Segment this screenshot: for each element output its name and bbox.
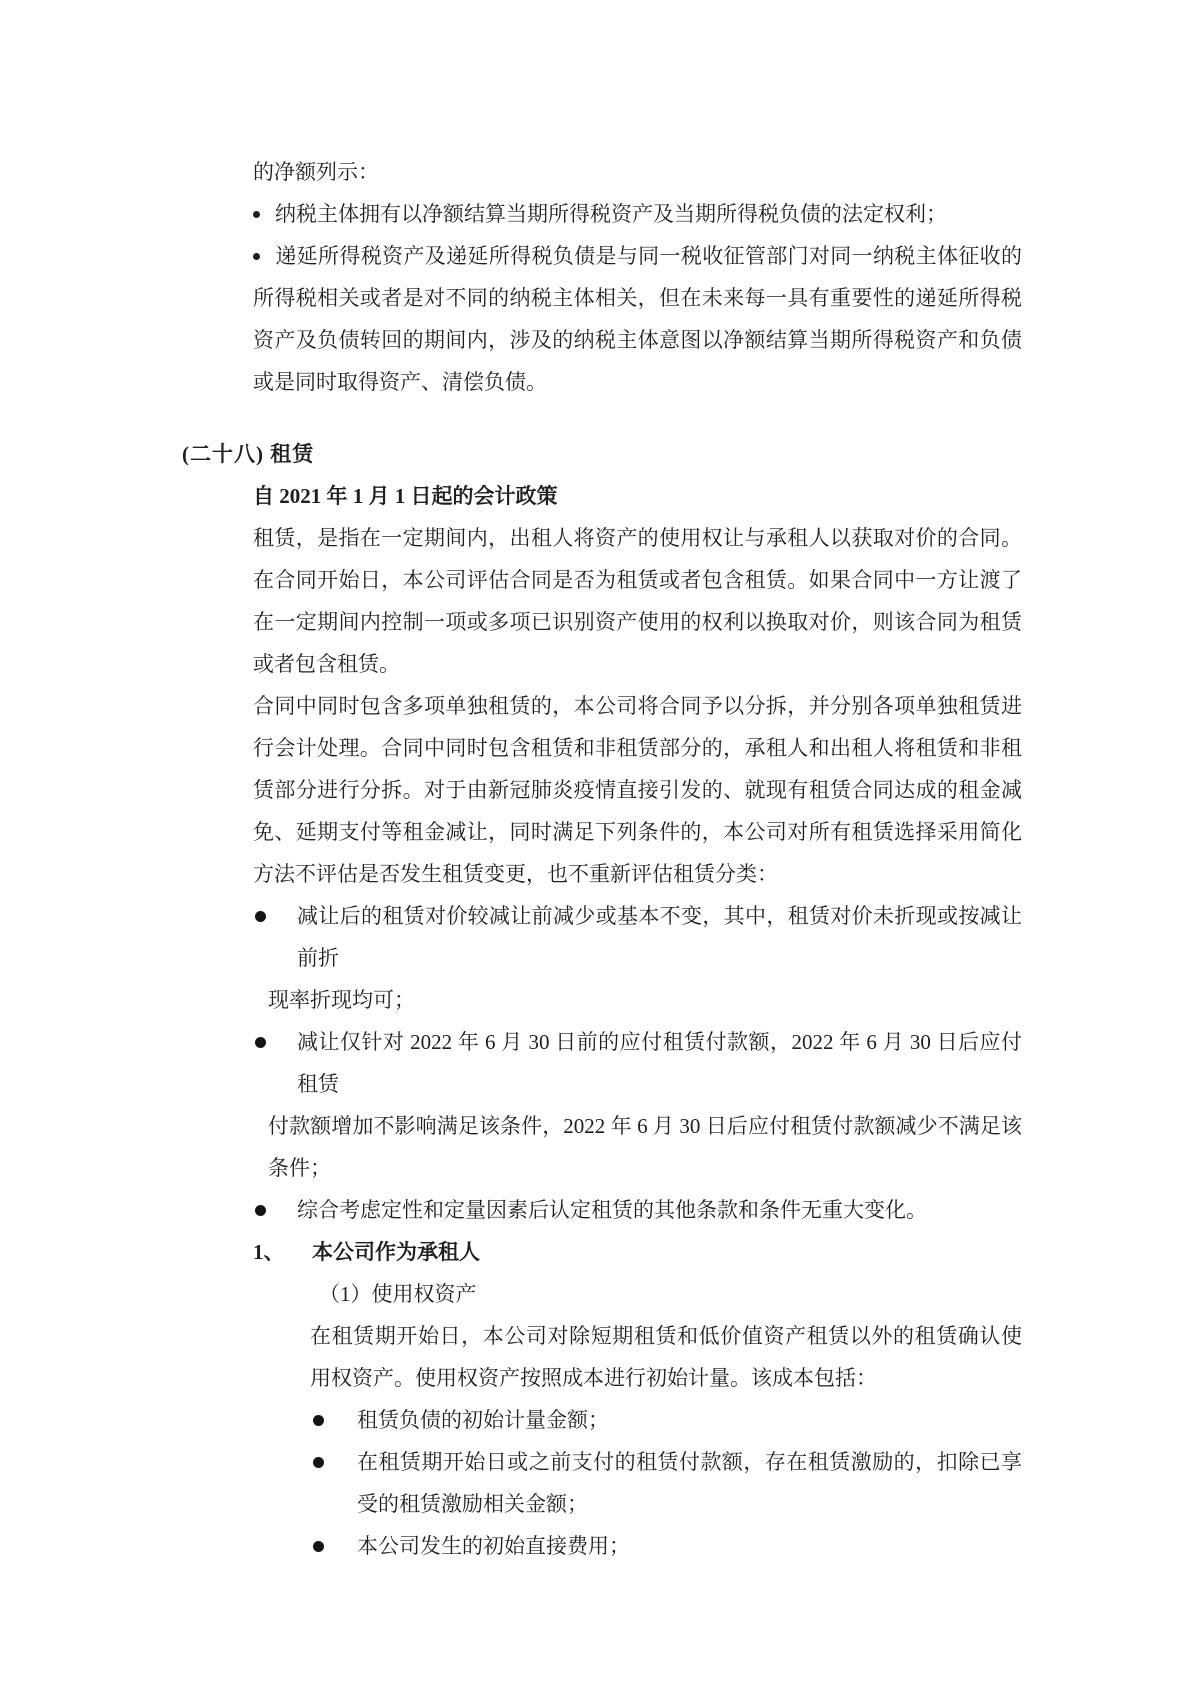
paragraph-lease-split: 合同中同时包含多项单独租赁的，本公司将合同予以分拆，并分别各项单独租赁进行会计处… (253, 685, 1022, 895)
condition-continuation: 付款额增加不影响满足该条件，2022 年 6 月 30 日后应付租赁付款额减少不… (268, 1105, 1022, 1189)
bullet-icon (253, 253, 260, 260)
policy-heading: 自 2021 年 1 月 1 日起的会计政策 (253, 475, 1022, 517)
cost-item-text: 在租赁期开始日或之前支付的租赁付款额，存在租赁激励的，扣除已享受的租赁激励相关金… (357, 1450, 1022, 1516)
cost-list-item: 租赁负债的初始计量金额； (313, 1399, 1022, 1441)
paragraph-right-of-use-asset: 在租赁期开始日，本公司对除短期租赁和低价值资产租赁以外的租赁确认使用权资产。使用… (310, 1315, 1022, 1399)
intro-lead-paragraph: 的净额列示： (253, 151, 1022, 193)
document-page: 的净额列示： 纳税主体拥有以净额结算当期所得税资产及当期所得税负债的法定权利； … (0, 0, 1200, 1696)
paragraph-lease-definition: 租赁，是指在一定期间内，出租人将资产的使用权让与承租人以获取对价的合同。在合同开… (253, 517, 1022, 685)
bullet-icon (313, 1415, 324, 1426)
bullet-icon (255, 911, 266, 922)
condition-text: 减让仅针对 2022 年 6 月 30 日前的应付租赁付款额，2022 年 6 … (297, 1030, 1022, 1096)
condition-text: 减让后的租赁对价较减让前减少或基本不变，其中，租赁对价未折现或按减让前折 (297, 904, 1022, 970)
heading-text: 本公司作为承租人 (312, 1240, 480, 1264)
heading-number: 1、 (253, 1231, 312, 1273)
bullet-icon (255, 1205, 266, 1216)
bullet-icon (255, 1037, 266, 1048)
condition-list-item: 综合考虑定性和定量因素后认定租赁的其他条款和条件无重大变化。 (253, 1189, 1022, 1231)
bullet-icon (313, 1457, 324, 1468)
cost-list-item: 在租赁期开始日或之前支付的租赁付款额，存在租赁激励的，扣除已享受的租赁激励相关金… (313, 1441, 1022, 1525)
cost-item-text: 本公司发生的初始直接费用； (357, 1534, 630, 1558)
bullet-icon (253, 211, 260, 218)
condition-continuation: 现率折现均可； (268, 979, 1022, 1021)
condition-list-item: 减让后的租赁对价较减让前减少或基本不变，其中，租赁对价未折现或按减让前折 (253, 895, 1022, 979)
numbered-heading-lessee: 1、本公司作为承租人 (253, 1231, 1022, 1273)
sub-heading-right-of-use-asset: （1）使用权资产 (319, 1273, 1022, 1315)
intro-bullet-item: 纳税主体拥有以净额结算当期所得税资产及当期所得税负债的法定权利； (253, 193, 1022, 235)
condition-text: 综合考虑定性和定量因素后认定租赁的其他条款和条件无重大变化。 (297, 1198, 927, 1222)
intro-bullet-text: 递延所得税资产及递延所得税负债是与同一税收征管部门对同一纳税主体征收的所得税相关… (253, 244, 1022, 394)
intro-bullet-text: 纳税主体拥有以净额结算当期所得税资产及当期所得税负债的法定权利； (275, 202, 947, 226)
cost-item-text: 租赁负债的初始计量金额； (357, 1408, 609, 1432)
condition-list-item: 减让仅针对 2022 年 6 月 30 日前的应付租赁付款额，2022 年 6 … (253, 1021, 1022, 1105)
section-heading: (二十八) 租赁 (182, 433, 1022, 475)
bullet-icon (313, 1541, 324, 1552)
cost-list-item: 本公司发生的初始直接费用； (313, 1525, 1022, 1567)
intro-bullet-item: 递延所得税资产及递延所得税负债是与同一税收征管部门对同一纳税主体征收的所得税相关… (253, 235, 1022, 403)
